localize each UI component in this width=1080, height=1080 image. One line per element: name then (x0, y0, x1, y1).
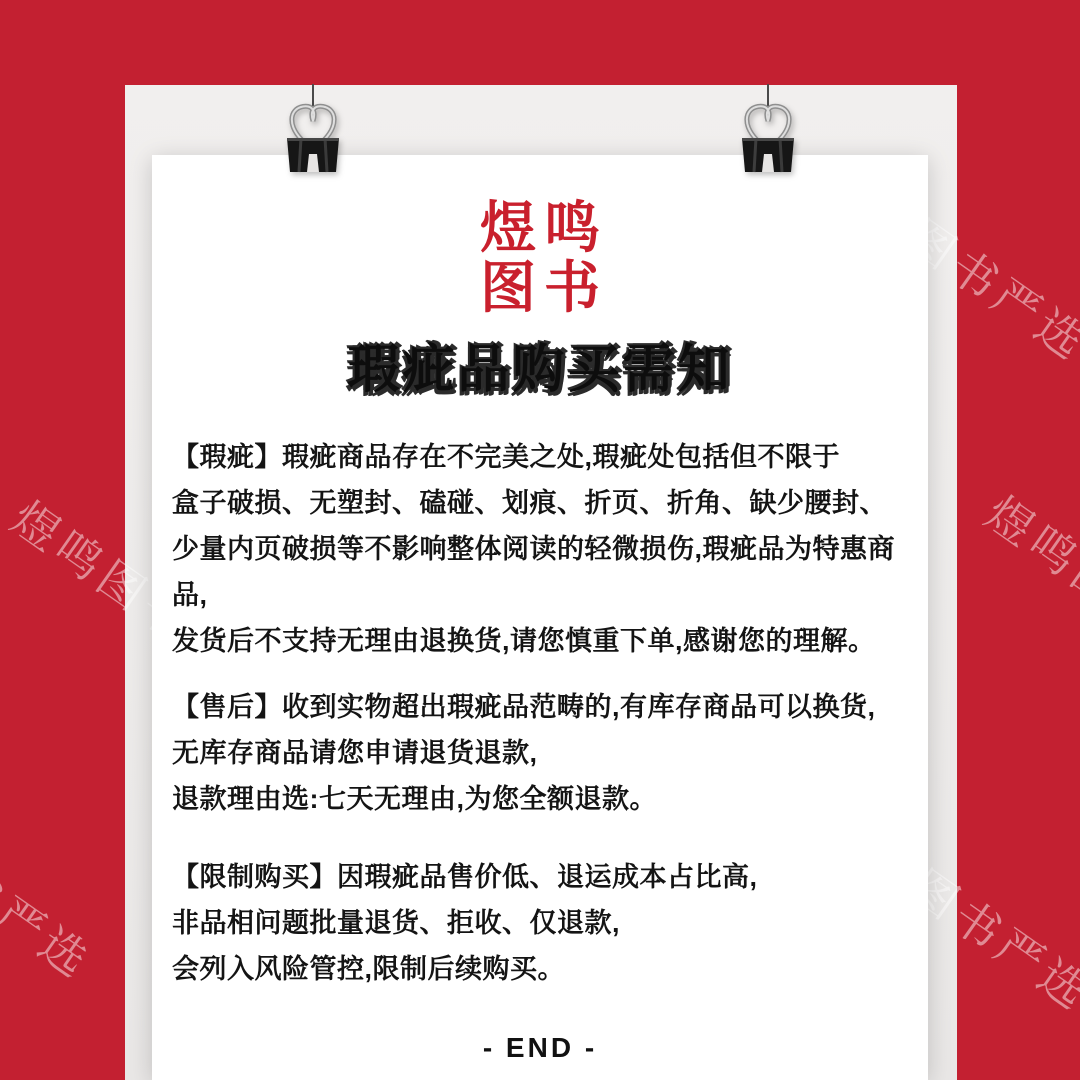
section-aftersale: 【售后】收到实物超出瑕疵品范畴的,有库存商品可以换货, 无库存商品请您申请退货退… (172, 684, 908, 822)
text-line: 会列入风险管控,限制后续购买。 (172, 946, 908, 992)
binder-clip (273, 96, 353, 176)
text-line: 少量内页破损等不影响整体阅读的轻微损伤,瑕疵品为特惠商品, (172, 526, 908, 618)
end-marker: - END - (172, 1032, 908, 1064)
watermark-text: 煜鸣图书严选 (0, 760, 108, 993)
text-line: 非品相问题批量退货、拒收、仅退款, (172, 900, 908, 946)
binder-clip (728, 96, 808, 176)
poster-background: 煜鸣图书严选 煜鸣图书严选 煜鸣图书严选 煜鸣图书严选 煜鸣图书严选 煜鸣 图书 (0, 0, 1080, 1080)
watermark-text: 煜鸣图书严选 (974, 478, 1080, 711)
text-line: 盒子破损、无塑封、磕碰、划痕、折页、折角、缺少腰封、 (172, 480, 908, 526)
text-line: 【售后】收到实物超出瑕疵品范畴的,有库存商品可以换货, (172, 684, 908, 730)
brand-logo: 煜鸣 图书 (172, 198, 908, 318)
section-defects: 【瑕疵】瑕疵商品存在不完美之处,瑕疵处包括但不限于 盒子破损、无塑封、磕碰、划痕… (172, 434, 908, 664)
text-line: 【限制购买】因瑕疵品售价低、退运成本占比高, (172, 854, 908, 900)
brand-logo-line1: 煜鸣 (172, 198, 908, 258)
poster-sheet: 煜鸣 图书 瑕疵品购买需知 【瑕疵】瑕疵商品存在不完美之处,瑕疵处包括但不限于 … (152, 155, 928, 1080)
poster-body: 【瑕疵】瑕疵商品存在不完美之处,瑕疵处包括但不限于 盒子破损、无塑封、磕碰、划痕… (172, 434, 908, 992)
text-line: 无库存商品请您申请退货退款, (172, 730, 908, 776)
text-line: 【瑕疵】瑕疵商品存在不完美之处,瑕疵处包括但不限于 (172, 434, 908, 480)
poster-title: 瑕疵品购买需知 (172, 340, 908, 400)
brand-logo-line2: 图书 (172, 258, 908, 318)
text-line: 发货后不支持无理由退换货,请您慎重下单,感谢您的理解。 (172, 618, 908, 664)
text-line: 退款理由选:七天无理由,为您全额退款。 (172, 776, 908, 822)
section-purchase-limit: 【限制购买】因瑕疵品售价低、退运成本占比高, 非品相问题批量退货、拒收、仅退款,… (172, 854, 908, 992)
